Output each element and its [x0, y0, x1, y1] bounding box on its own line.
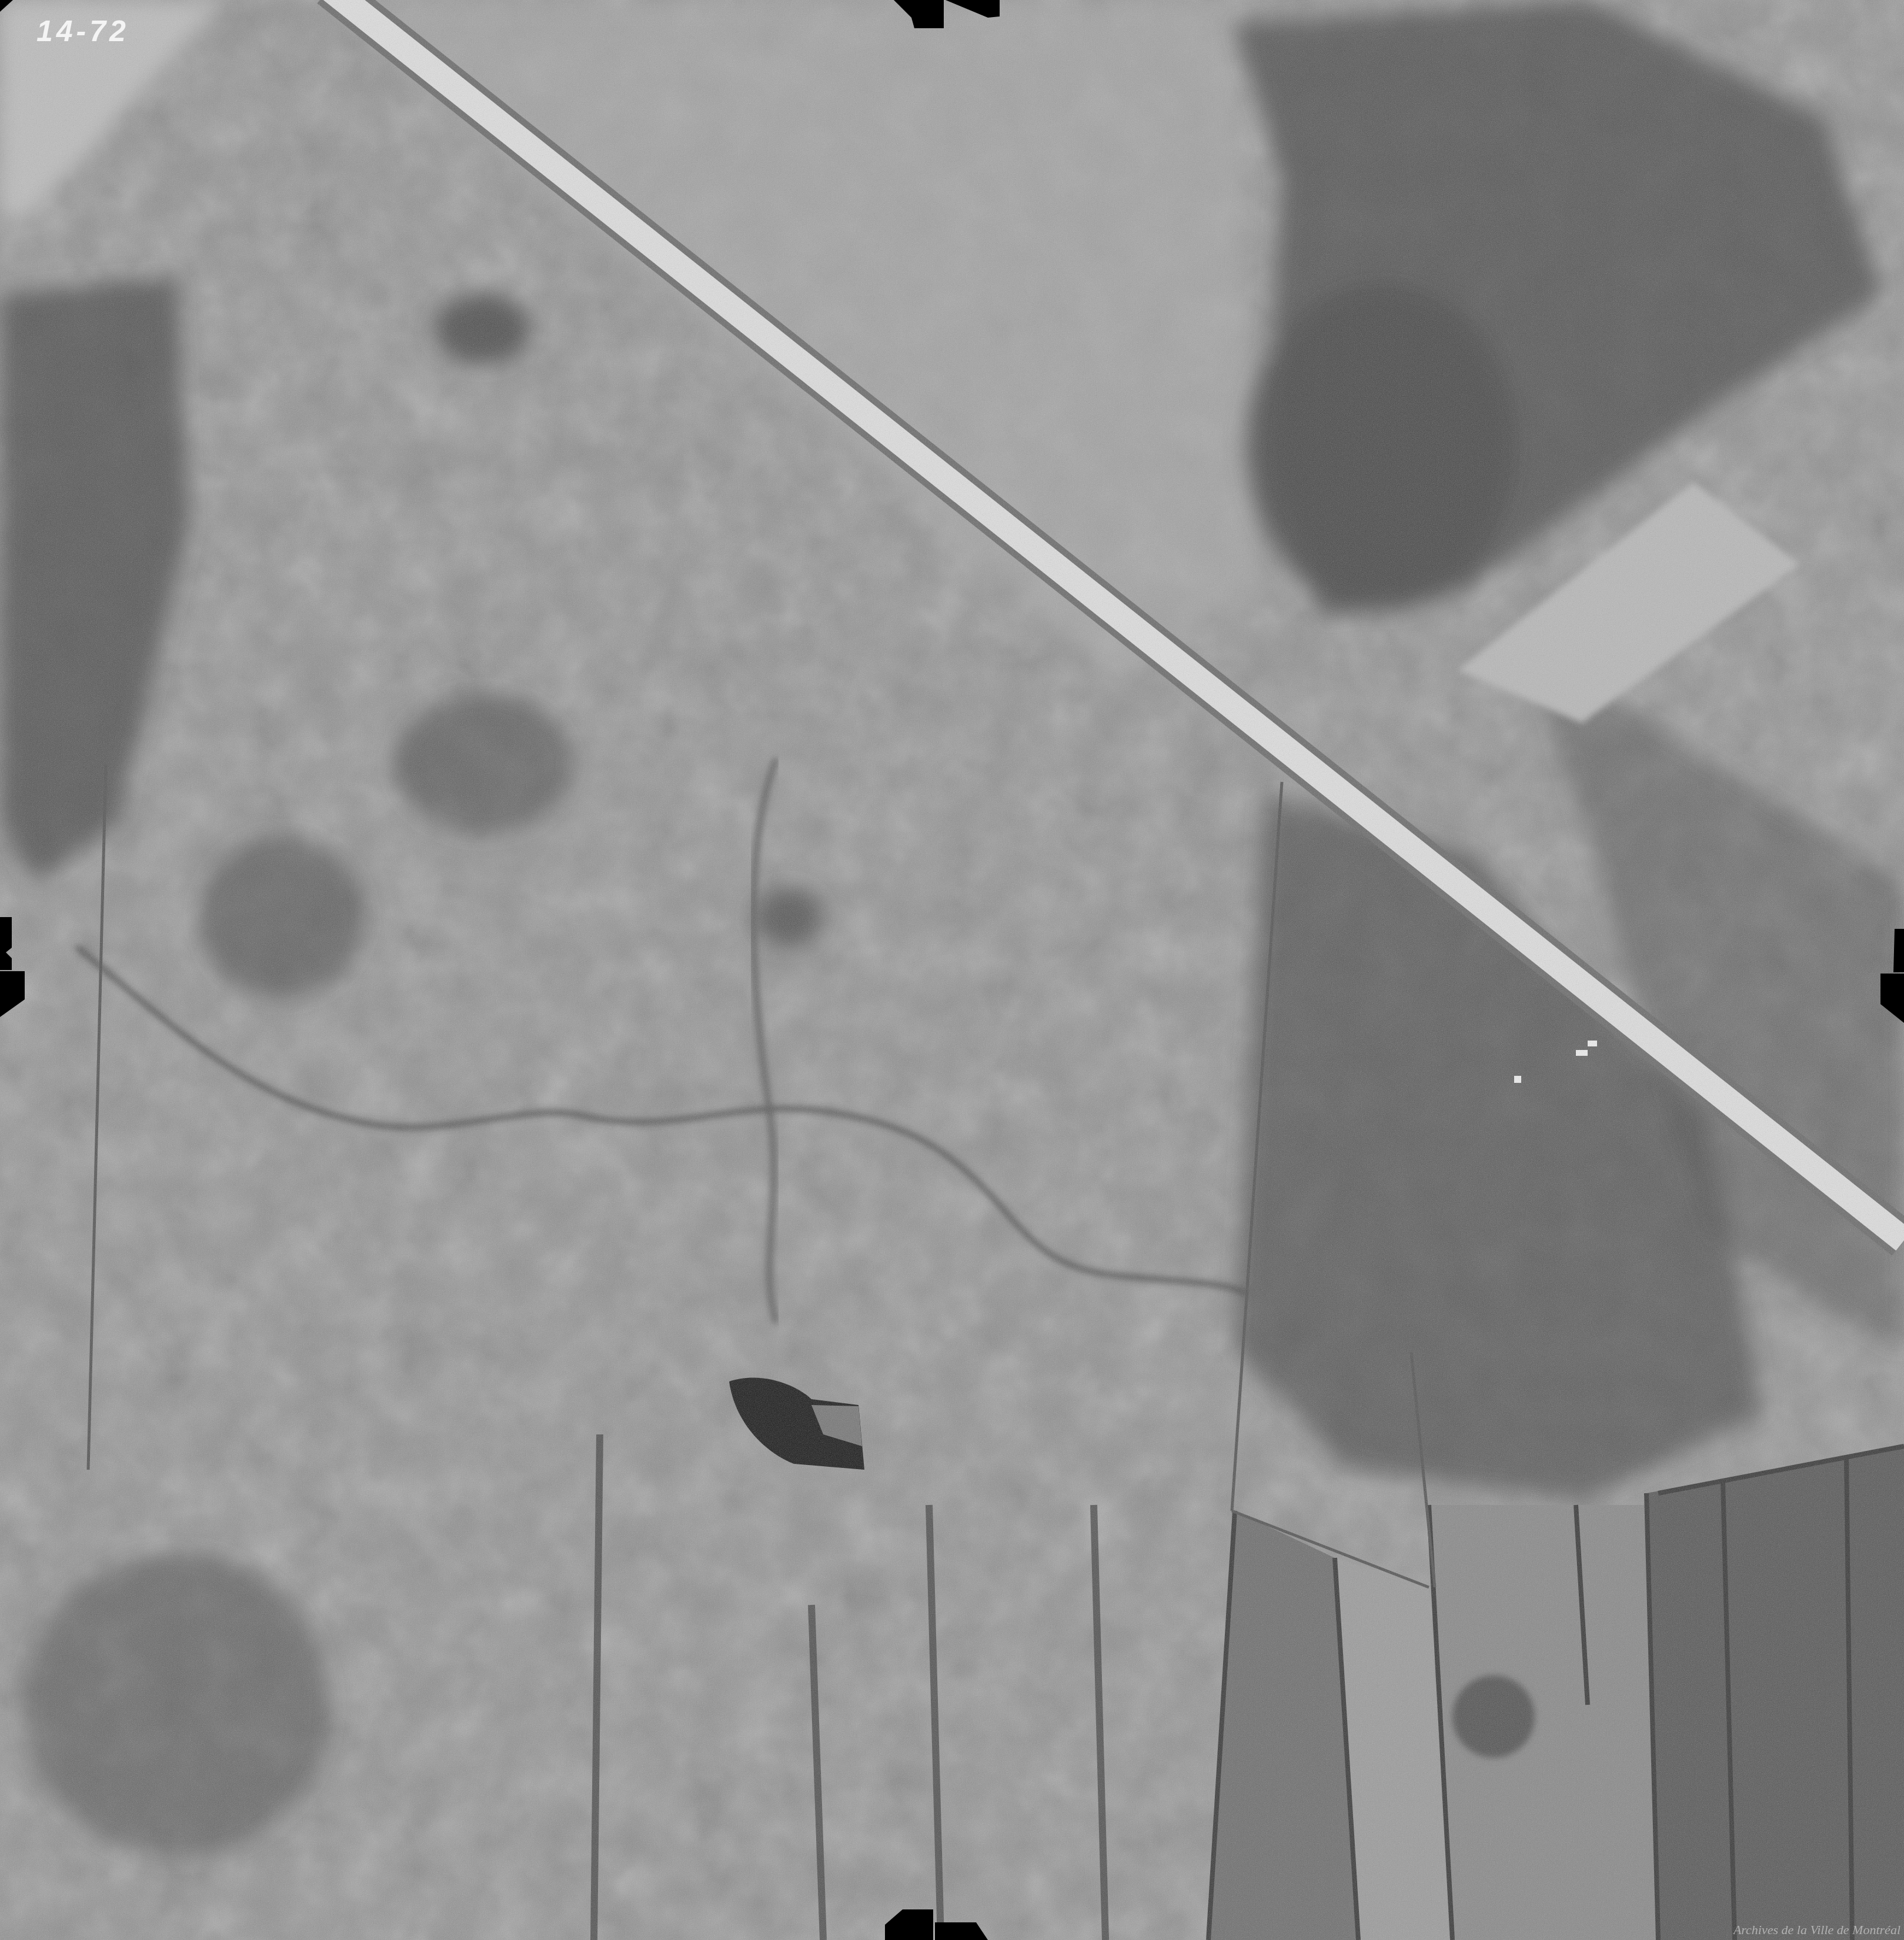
frame-number: 14-72: [36, 14, 129, 48]
archive-watermark: Archives de la Ville de Montréal: [1733, 1922, 1900, 1938]
aerial-terrain: [0, 0, 1904, 1940]
aerial-photograph: 14-72 Archives de la Ville de Montréal: [0, 0, 1904, 1940]
